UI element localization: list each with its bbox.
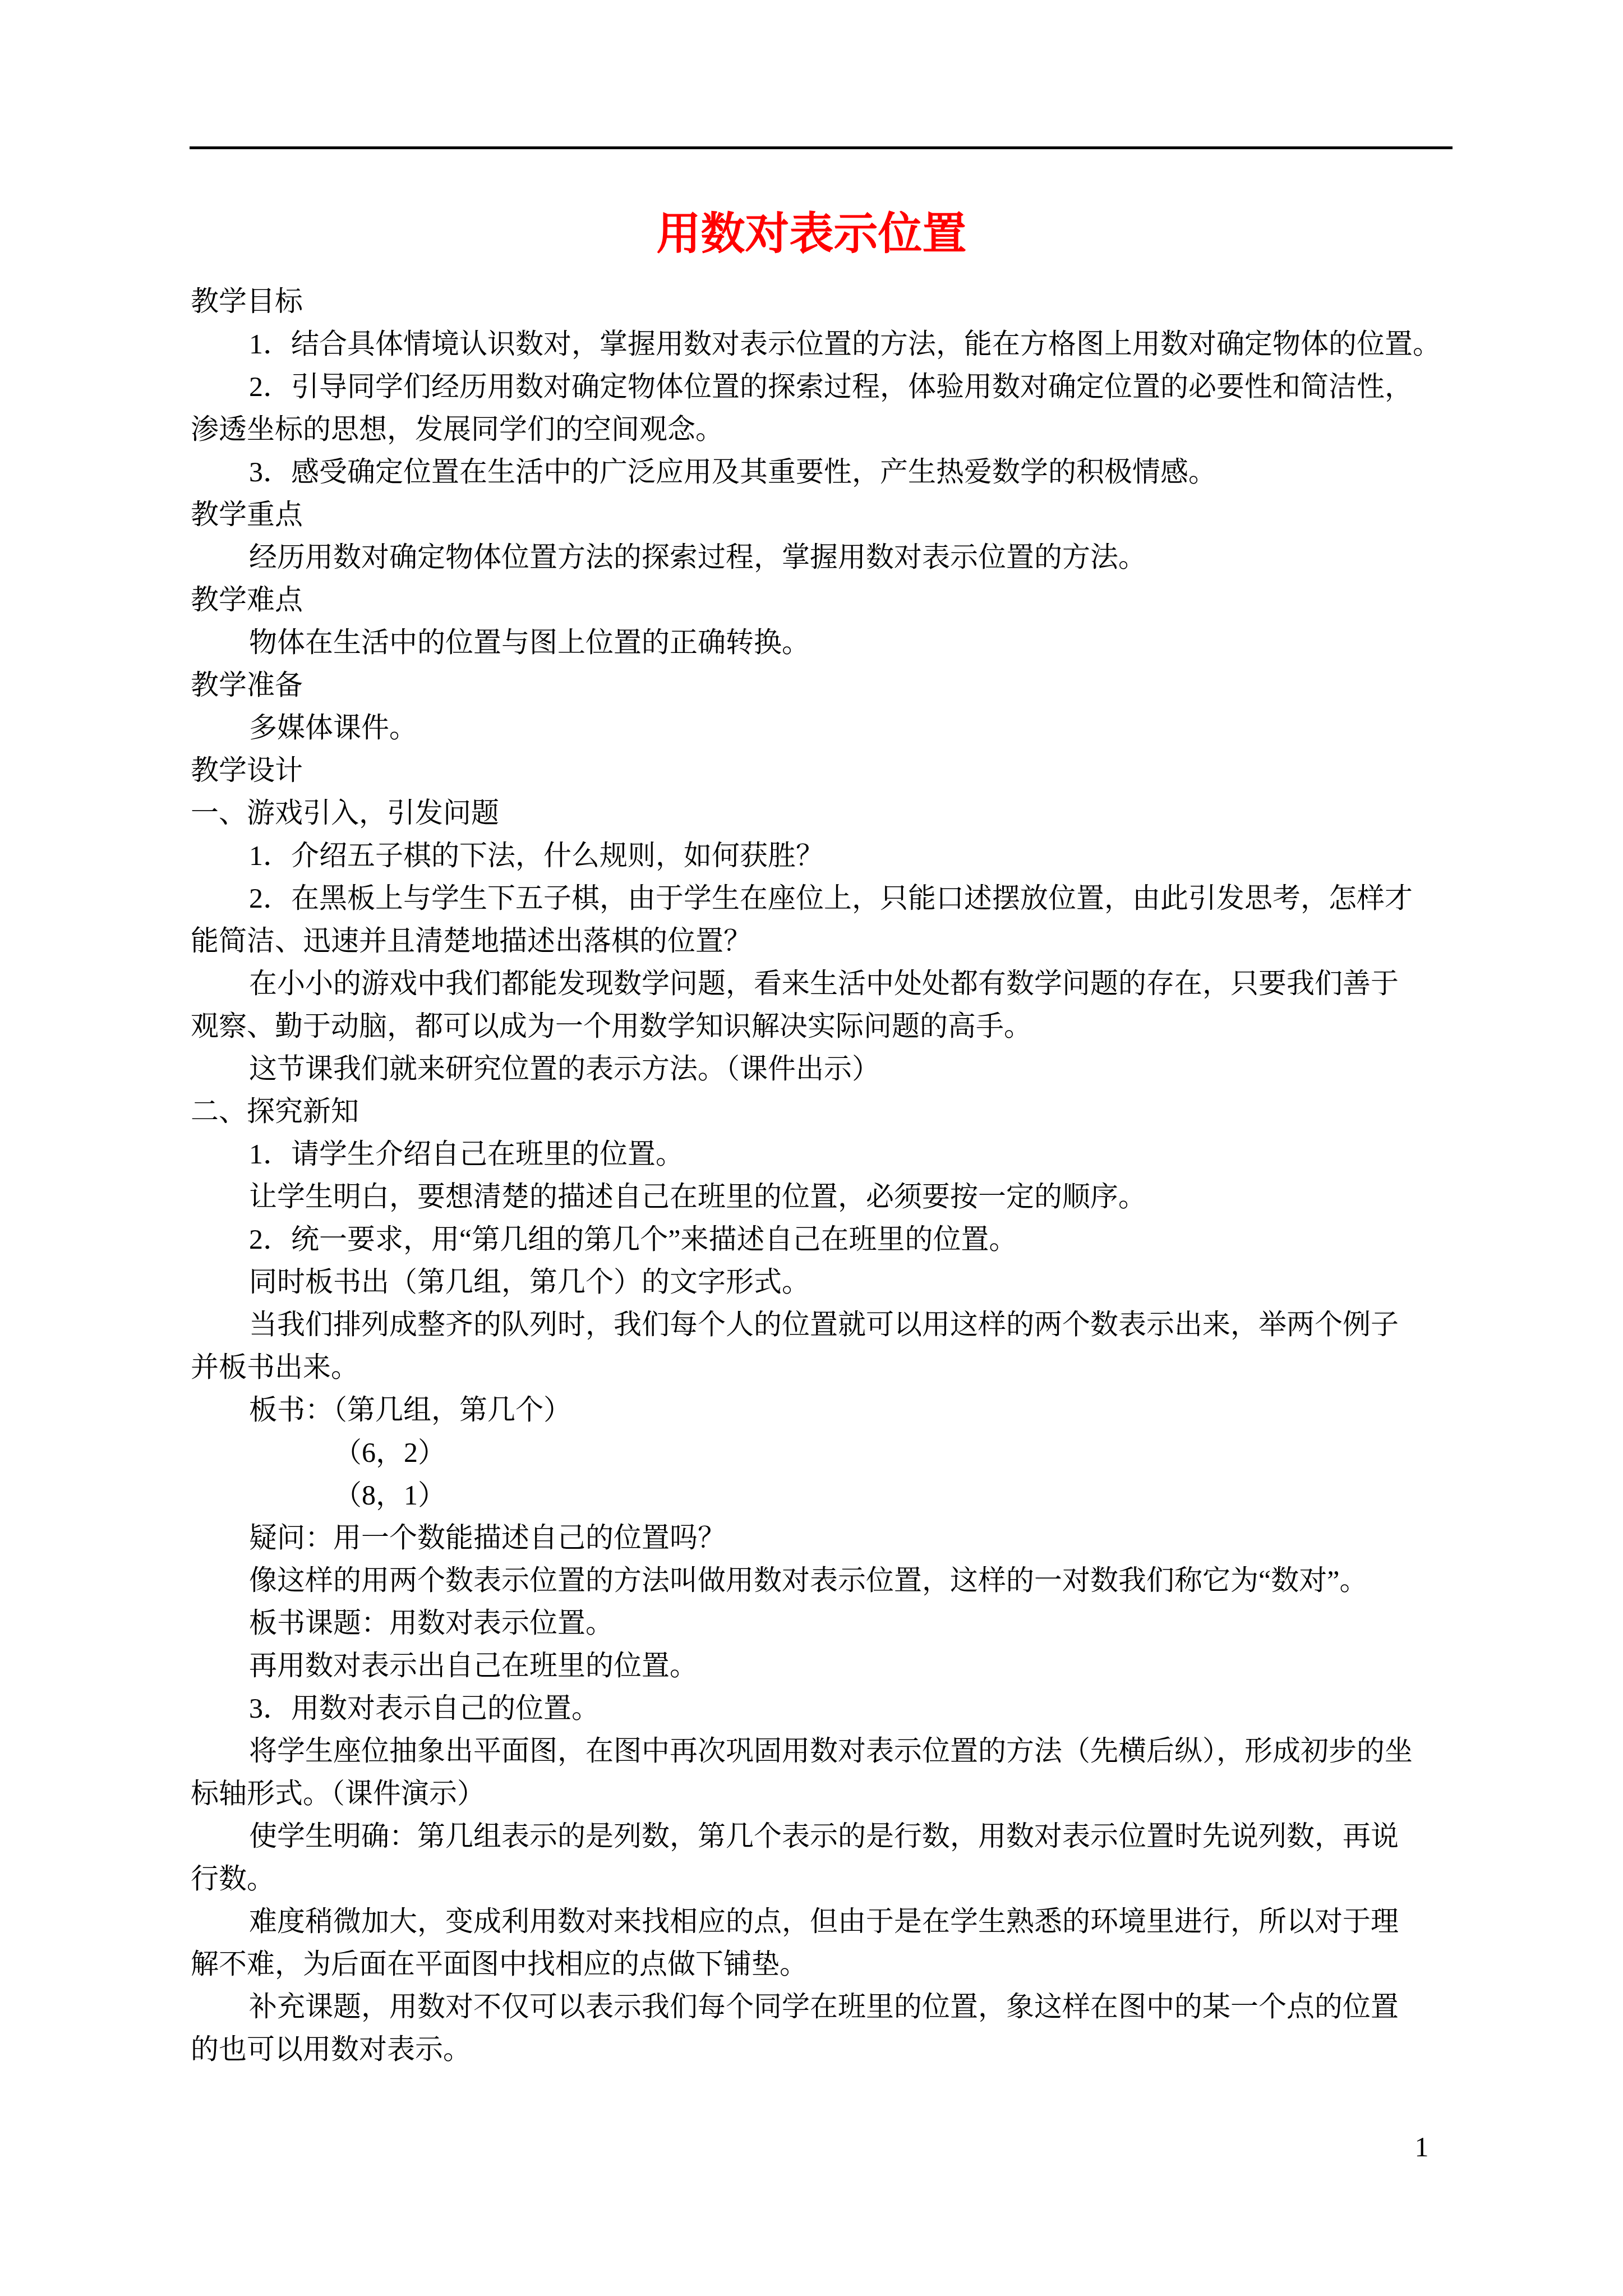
text-line: 疑问：用一个数能描述自己的位置吗？ [191, 1516, 1455, 1559]
text-line: 2．在黑板上与学生下五子棋，由于学生在座位上，只能口述摆放位置，由此引发思考，怎… [191, 877, 1455, 919]
text-line: 教学准备 [191, 664, 1455, 706]
text-line: 标轴形式。（课件演示） [191, 1772, 1455, 1815]
text-line: 当我们排列成整齐的队列时，我们每个人的位置就可以用这样的两个数表示出来，举两个例… [191, 1303, 1455, 1346]
text-line: （8，1） [191, 1474, 1455, 1516]
text-line: 观察、勤于动脑，都可以成为一个用数学知识解决实际问题的高手。 [191, 1005, 1455, 1047]
document-body: 教学目标1．结合具体情境认识数对，掌握用数对表示位置的方法，能在方格图上用数对确… [191, 280, 1455, 2070]
text-line: 像这样的用两个数表示位置的方法叫做用数对表示位置，这样的一对数我们称它为“数对”… [191, 1559, 1455, 1602]
text-line: 再用数对表示出自己在班里的位置。 [191, 1644, 1455, 1687]
text-line: 教学目标 [191, 280, 1455, 323]
text-line: 将学生座位抽象出平面图，在图中再次巩固用数对表示位置的方法（先横后纵），形成初步… [191, 1729, 1455, 1772]
text-line: 教学设计 [191, 749, 1455, 792]
text-line: 并板书出来。 [191, 1346, 1455, 1388]
text-line: 2．统一要求，用“第几组的第几个”来描述自己在班里的位置。 [191, 1218, 1455, 1260]
text-line: 能简洁、迅速并且清楚地描述出落棋的位置？ [191, 919, 1455, 962]
text-line: 的也可以用数对表示。 [191, 2028, 1455, 2070]
text-line: 经历用数对确定物体位置方法的探索过程，掌握用数对表示位置的方法。 [191, 536, 1455, 578]
text-line: 板书：（第几组，第几个） [191, 1388, 1455, 1431]
header-rule [190, 146, 1453, 149]
text-line: 使学生明确：第几组表示的是列数，第几个表示的是行数，用数对表示位置时先说列数，再… [191, 1815, 1455, 1857]
text-line: 2．引导同学们经历用数对确定物体位置的探索过程，体验用数对确定位置的必要性和简洁… [191, 365, 1455, 408]
text-line: 这节课我们就来研究位置的表示方法。（课件出示） [191, 1047, 1455, 1090]
text-line: 教学重点 [191, 493, 1455, 536]
text-line: 难度稍微加大，变成利用数对来找相应的点，但由于是在学生熟悉的环境里进行，所以对于… [191, 1900, 1455, 1943]
text-line: 行数。 [191, 1857, 1455, 1900]
text-line: 补充课题，用数对不仅可以表示我们每个同学在班里的位置，象这样在图中的某一个点的位… [191, 1985, 1455, 2028]
text-line: 3．用数对表示自己的位置。 [191, 1687, 1455, 1729]
document-title: 用数对表示位置 [0, 212, 1623, 258]
document-page: 用数对表示位置 教学目标1．结合具体情境认识数对，掌握用数对表示位置的方法，能在… [0, 0, 1623, 2296]
text-line: 教学难点 [191, 578, 1455, 621]
text-line: 多媒体课件。 [191, 706, 1455, 749]
text-line: 渗透坐标的思想，发展同学们的空间观念。 [191, 408, 1455, 450]
text-line: 1．请学生介绍自己在班里的位置。 [191, 1133, 1455, 1175]
text-line: 1．结合具体情境认识数对，掌握用数对表示位置的方法，能在方格图上用数对确定物体的… [191, 323, 1455, 365]
text-line: 板书课题：用数对表示位置。 [191, 1602, 1455, 1644]
text-line: 3．感受确定位置在生活中的广泛应用及其重要性，产生热爱数学的积极情感。 [191, 450, 1455, 493]
text-line: 解不难，为后面在平面图中找相应的点做下铺垫。 [191, 1943, 1455, 1985]
text-line: 同时板书出（第几组，第几个）的文字形式。 [191, 1260, 1455, 1303]
text-line: 二、探究新知 [191, 1090, 1455, 1133]
page-number: 1 [1399, 2125, 1444, 2168]
text-line: 一、游戏引入，引发问题 [191, 792, 1455, 834]
text-line: （6，2） [191, 1431, 1455, 1474]
text-line: 在小小的游戏中我们都能发现数学问题，看来生活中处处都有数学问题的存在，只要我们善… [191, 962, 1455, 1005]
text-line: 1．介绍五子棋的下法，什么规则，如何获胜？ [191, 834, 1455, 877]
text-line: 让学生明白，要想清楚的描述自己在班里的位置，必须要按一定的顺序。 [191, 1175, 1455, 1218]
text-line: 物体在生活中的位置与图上位置的正确转换。 [191, 621, 1455, 664]
